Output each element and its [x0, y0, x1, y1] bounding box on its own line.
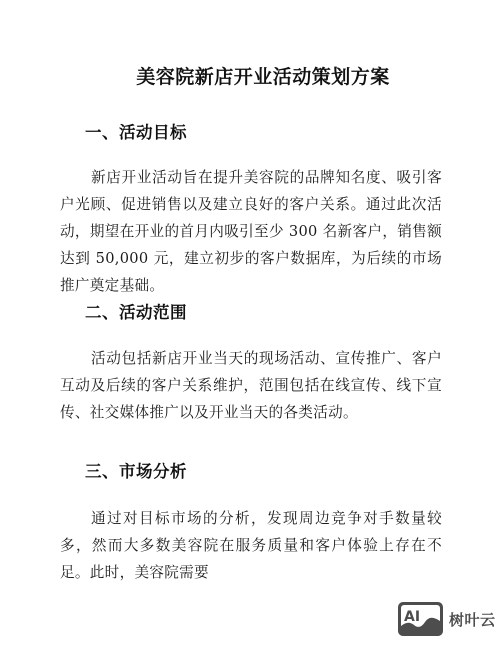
- section-body-goals: 新店开业活动旨在提升美容院的品牌知名度、吸引客户光顾、促进销售以及建立良好的客户…: [60, 164, 442, 299]
- watermark: AI 树叶云: [398, 602, 496, 636]
- section-heading-market: 三、市场分析: [85, 458, 187, 482]
- watermark-brand: 树叶云: [449, 609, 496, 630]
- section-body-scope: 活动包括新店开业当天的现场活动、宣传推广、客户互动及后续的客户关系维护，范围包括…: [60, 345, 442, 426]
- page-title: 美容院新店开业活动策划方案: [0, 62, 500, 89]
- section-heading-goals: 一、活动目标: [85, 119, 187, 143]
- section-body-market: 通过对目标市场的分析，发现周边竞争对手数量较多，然而大多数美容院在服务质量和客户…: [60, 505, 442, 586]
- svg-text:AI: AI: [404, 609, 420, 625]
- ai-image-logo-icon: AI: [398, 602, 443, 636]
- document-page: 美容院新店开业活动策划方案 一、活动目标 新店开业活动旨在提升美容院的品牌知名度…: [0, 0, 500, 647]
- section-heading-scope: 二、活动范围: [85, 299, 187, 323]
